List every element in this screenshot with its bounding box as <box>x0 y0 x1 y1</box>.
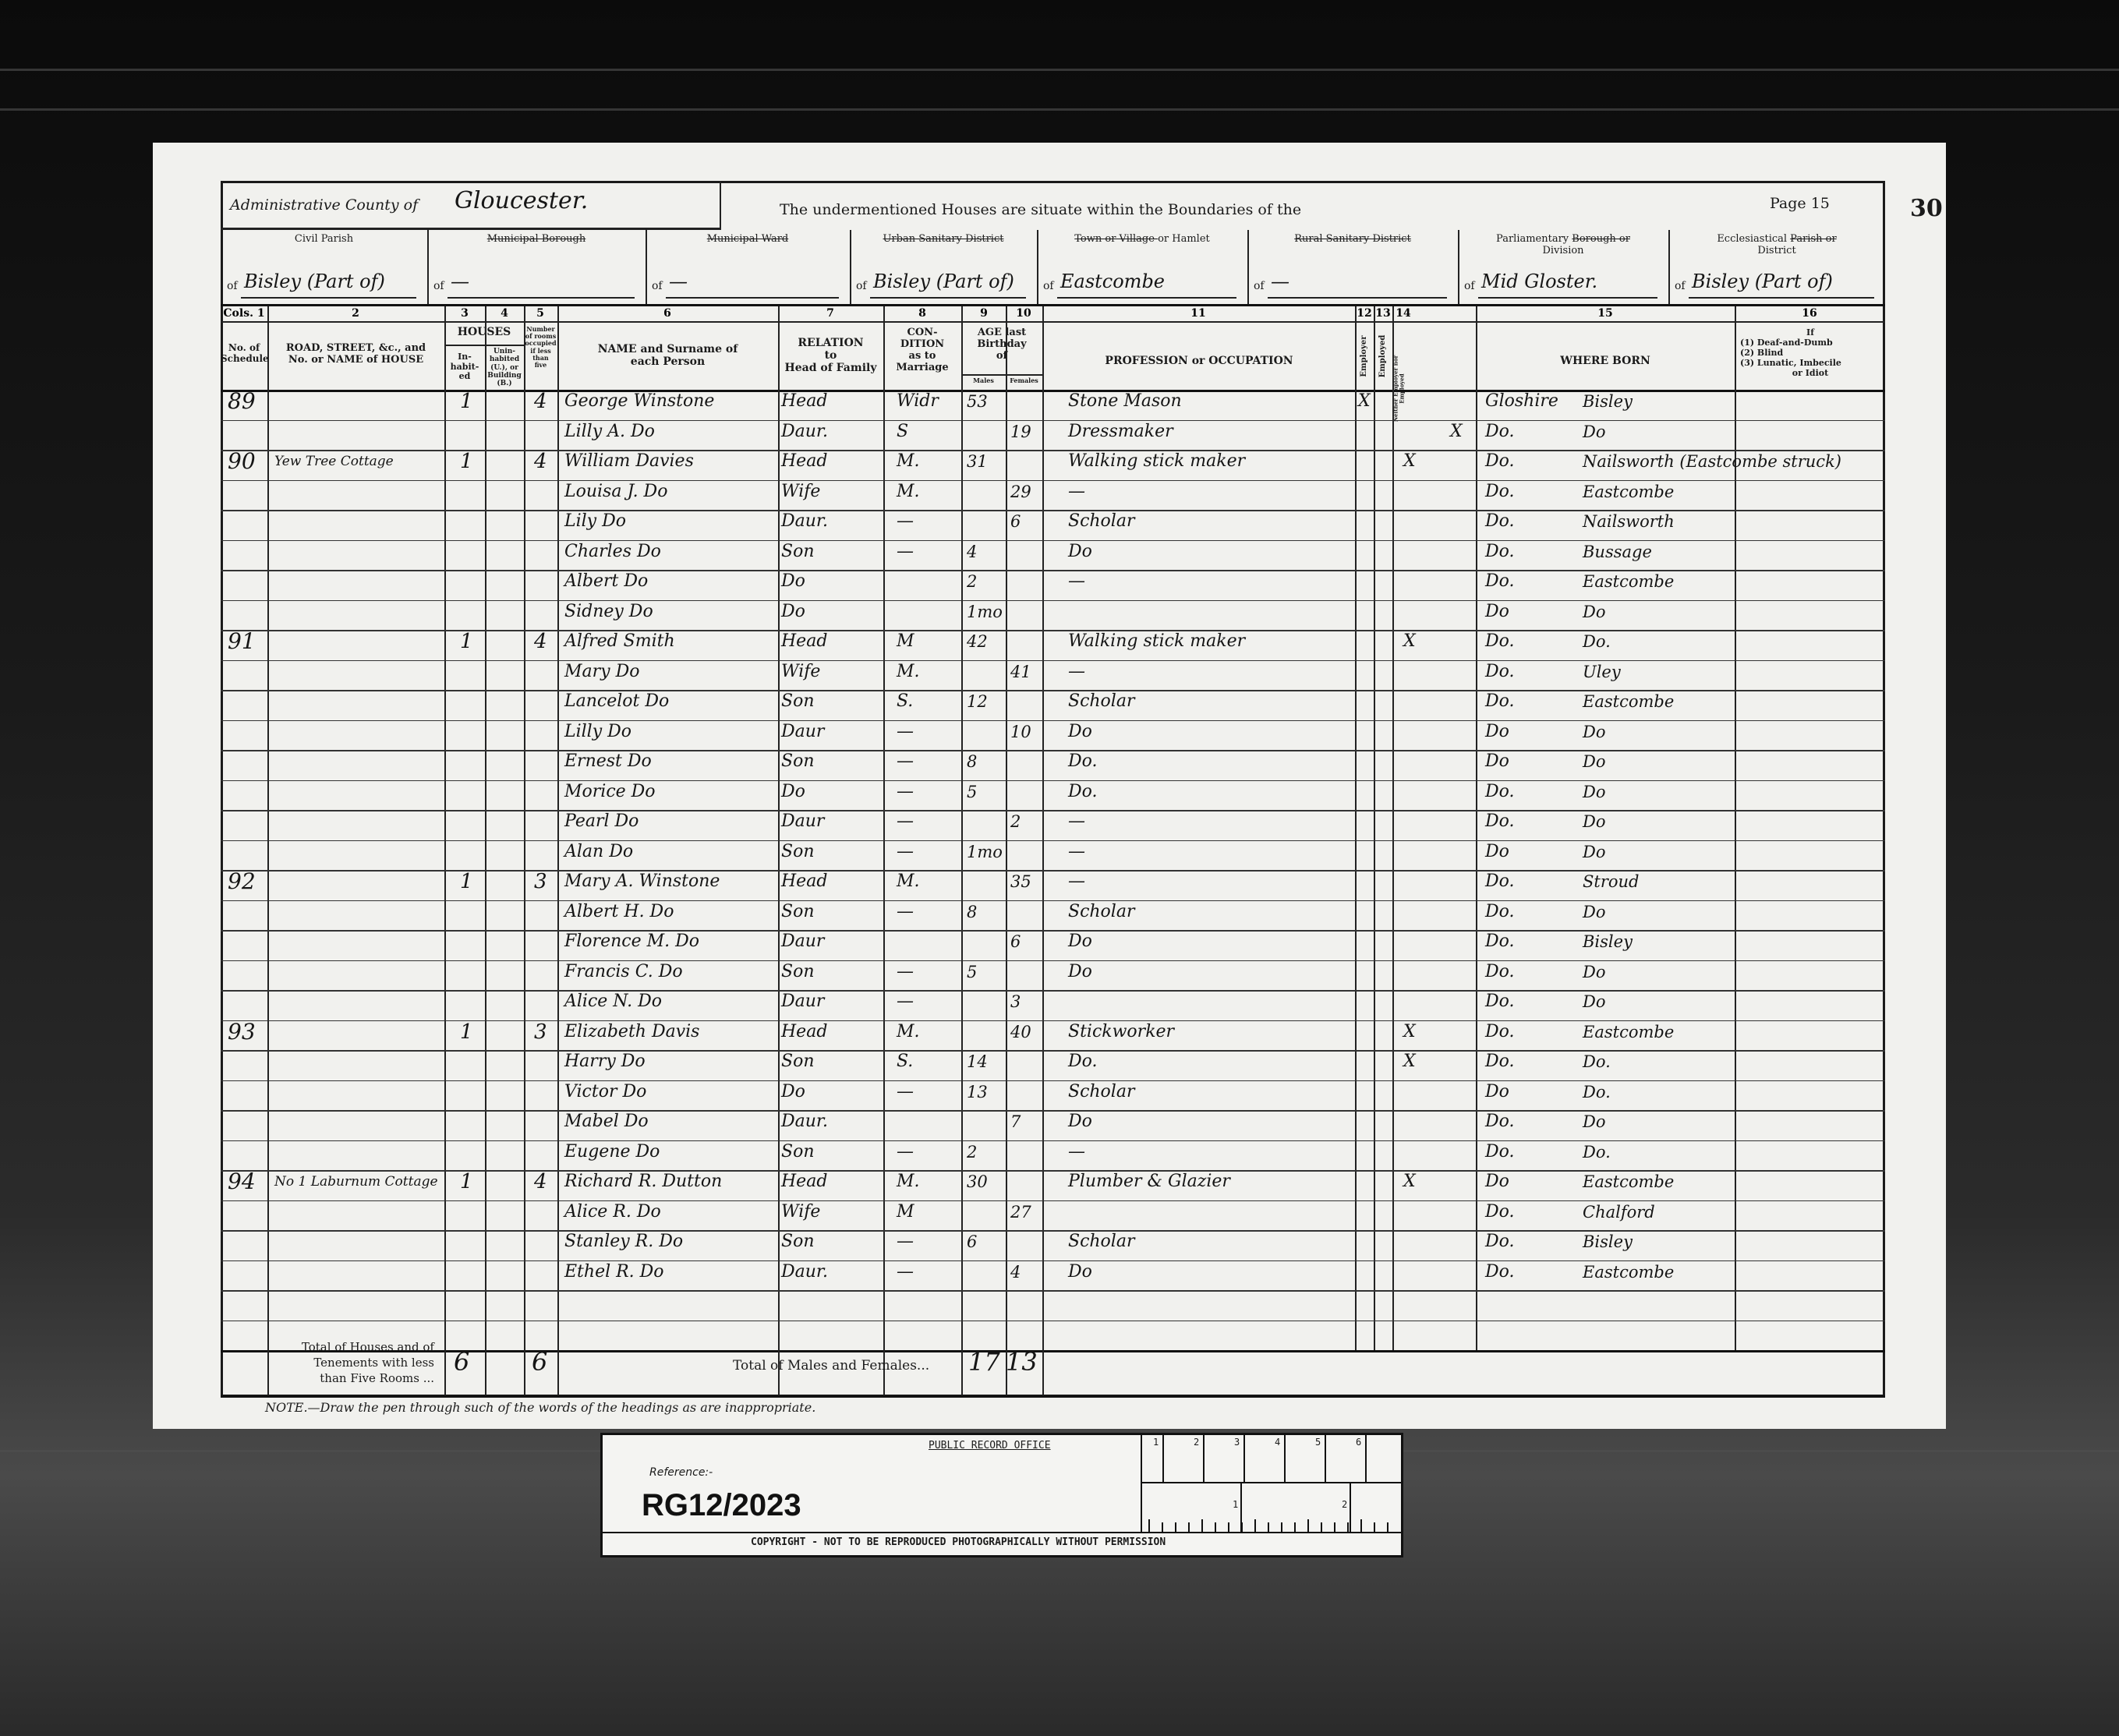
background-streak <box>0 69 2119 71</box>
district-heading-struck: Borough or <box>1572 233 1630 245</box>
male-age: 13 <box>967 1077 988 1107</box>
column-number: 6 <box>636 307 699 320</box>
header-relation-line: Head of Family <box>778 362 883 374</box>
header-c13: Employed <box>1374 322 1392 391</box>
district-box: Civil ParishofBisley (Part of) <box>221 230 427 304</box>
table-row: 8914George WinstoneHeadWidr53Stone Mason… <box>221 390 1885 420</box>
district-value: Bisley (Part of) <box>1692 270 1833 292</box>
male-age: 30 <box>967 1167 988 1197</box>
born-county: Do. <box>1485 1047 1515 1077</box>
header-c12: Employer <box>1355 322 1374 391</box>
born-place: Bisley <box>1583 927 1633 956</box>
ruler-label: 2 <box>1342 1499 1347 1510</box>
table-row: Eugene DoSon—2—Do.Do. <box>221 1140 1885 1171</box>
table-row: Alice R. DoWifeM27Do.Chalford <box>221 1200 1885 1231</box>
ruler-label: 1 <box>1233 1499 1238 1510</box>
born-place: Do <box>1583 807 1605 836</box>
occupation: Stone Mason <box>1068 387 1182 416</box>
column-number: 2 <box>324 307 387 320</box>
header-males: Males <box>961 377 1006 384</box>
marital-condition: — <box>897 1227 914 1257</box>
houses-total-label: Total of Houses and of Tenements with le… <box>274 1339 434 1386</box>
occupation: Dressmaker <box>1068 417 1173 447</box>
header-houses: HOUSES <box>444 326 524 338</box>
rooms-count: 4 <box>534 447 547 476</box>
table-row: 90Yew Tree Cottage14William DaviesHeadM.… <box>221 450 1885 480</box>
marital-condition: — <box>897 1257 914 1287</box>
born-county: Do. <box>1485 1107 1515 1137</box>
relation: Wife <box>781 1197 820 1227</box>
occupation: — <box>1068 807 1085 836</box>
relation: Head <box>781 867 827 896</box>
table-row: Harry DoSonS.14Do.XDo.Do. <box>221 1050 1885 1080</box>
born-place: Eastcombe <box>1583 1257 1674 1287</box>
copyright-notice: COPYRIGHT - NOT TO BE REPRODUCED PHOTOGR… <box>751 1536 1166 1548</box>
relation: Daur <box>781 987 824 1016</box>
marital-condition: — <box>897 777 914 807</box>
header-uninhabited-line: (B.) <box>485 380 524 387</box>
occupation: — <box>1068 477 1085 507</box>
header-schedule: No. ofSchedule <box>221 343 267 365</box>
inhabited-count: 1 <box>460 447 473 476</box>
born-place: Eastcombe <box>1583 477 1674 507</box>
ruler-tick-minor <box>1228 1522 1229 1532</box>
female-age: 7 <box>1010 1107 1021 1137</box>
table-row: Florence M. DoDaur6DoDo.Bisley <box>221 930 1885 960</box>
male-age: 5 <box>967 957 977 987</box>
district-box: Urban Sanitary DistrictofBisley (Part of… <box>850 230 1037 304</box>
ruler-tick-major <box>1162 1435 1164 1482</box>
table-row: Lily DoDaur.—6ScholarDo.Nailsworth <box>221 510 1885 540</box>
header-where-born: WHERE BORN <box>1476 355 1735 367</box>
relation: Son <box>781 837 815 867</box>
born-place: Do <box>1583 417 1605 447</box>
ruler-tick-major <box>1325 1435 1326 1482</box>
district-of-prefix: of <box>433 280 444 292</box>
schedule-number: 91 <box>228 627 256 656</box>
marital-condition: S. <box>897 687 913 716</box>
employed-mark: X <box>1403 1017 1416 1047</box>
relation: Son <box>781 687 815 716</box>
ruler-label: 6 <box>1356 1437 1361 1448</box>
houses-total-label-line: than Five Rooms ... <box>274 1370 434 1386</box>
born-county: Do <box>1485 747 1509 776</box>
born-place: Eastcombe <box>1583 1167 1674 1197</box>
born-place: Stroud <box>1583 867 1639 896</box>
header-rooms: Numberof roomsoccupiedif lessthanfive <box>524 326 557 369</box>
born-place: Do <box>1583 1107 1605 1137</box>
male-age: 8 <box>967 897 977 927</box>
header-age-line: Birthday <box>961 339 1042 351</box>
rooms-count: 4 <box>534 1167 547 1197</box>
born-county: Do. <box>1485 687 1515 716</box>
marital-condition: — <box>897 507 914 536</box>
person-name: Albert H. Do <box>564 897 674 927</box>
females-total: 13 <box>1006 1347 1038 1377</box>
female-age: 4 <box>1010 1257 1021 1287</box>
folio-number: 30 <box>1910 195 1943 222</box>
person-name: Francis C. Do <box>564 957 683 987</box>
header-address-line: ROAD, STREET, &c., and <box>267 343 444 355</box>
rooms-count: 3 <box>534 1017 547 1047</box>
measurement-ruler: 12345612 <box>1142 1435 1401 1532</box>
district-heading: Municipal Ward <box>646 233 850 245</box>
relation: Wife <box>781 657 820 687</box>
relation: Son <box>781 1047 815 1077</box>
born-county: Do. <box>1485 507 1515 536</box>
table-row: Lilly A. DoDaur.S19DressmakerXDo.Do <box>221 420 1885 451</box>
person-name: Eugene Do <box>564 1137 660 1167</box>
born-place: Bisley <box>1583 1227 1633 1257</box>
table-row: Victor DoDo—13ScholarDoDo. <box>221 1080 1885 1111</box>
column-number: 10 <box>992 307 1055 320</box>
male-age: 6 <box>967 1227 977 1257</box>
occupation: — <box>1068 1137 1085 1167</box>
marital-condition: S <box>897 417 908 447</box>
district-underline <box>1478 297 1657 299</box>
schedule-number: 94 <box>228 1167 256 1197</box>
header-inhabited-line: In- <box>444 352 485 362</box>
table-row: Charles DoSon—4DoDo.Bussage <box>221 540 1885 571</box>
born-place: Do <box>1583 717 1605 747</box>
born-county: Gloshire <box>1485 387 1558 416</box>
ruler-tick-minor <box>1281 1522 1282 1532</box>
born-place: Bussage <box>1583 537 1652 567</box>
houses-total: 6 <box>454 1347 469 1377</box>
table-row: Ernest DoSon—8Do.DoDo <box>221 750 1885 780</box>
person-name: Alice N. Do <box>564 987 662 1016</box>
district-heading: Municipal Borough <box>427 233 646 245</box>
background-streak <box>0 108 2119 111</box>
born-place: Do <box>1583 957 1605 987</box>
ruler-tick-minor <box>1321 1522 1322 1532</box>
header-infirmity-line: If <box>1740 327 1880 338</box>
inhabited-count: 1 <box>460 867 473 896</box>
inhabited-count: 1 <box>460 387 473 416</box>
marital-condition: — <box>897 537 914 567</box>
relation: Head <box>781 1167 827 1197</box>
relation: Son <box>781 537 815 567</box>
marital-condition: M. <box>897 657 920 687</box>
header-name: NAME and Surname ofeach Person <box>557 343 778 368</box>
table-row: Francis C. DoSon—5DoDo.Do <box>221 960 1885 991</box>
born-county: Do <box>1485 837 1509 867</box>
born-place: Bisley <box>1583 387 1633 416</box>
header-age: AGE lastBirthdayof <box>961 327 1042 362</box>
district-of-prefix: of <box>652 280 663 292</box>
female-age: 6 <box>1010 927 1021 956</box>
marital-condition: M <box>897 627 914 656</box>
column-number: 14 <box>1372 307 1434 320</box>
inhabited-count: 1 <box>460 1017 473 1047</box>
born-county: Do. <box>1485 417 1515 447</box>
admin-county-label: Administrative County of <box>230 196 418 214</box>
marital-condition: — <box>897 807 914 836</box>
female-age: 2 <box>1010 807 1021 836</box>
header-rooms-line: five <box>524 362 557 369</box>
male-age: 31 <box>967 447 988 476</box>
column-number: 15 <box>1574 307 1636 320</box>
person-name: George Winstone <box>564 387 714 416</box>
occupation: — <box>1068 867 1085 896</box>
table-row: 9313Elizabeth DavisHeadM.40StickworkerXD… <box>221 1020 1885 1051</box>
district-heading-text: Rural Sanitary District <box>1294 233 1411 245</box>
employed-mark: X <box>1403 1167 1416 1197</box>
occupation: Scholar <box>1068 687 1134 716</box>
admin-county-box: Administrative County of Gloucester. <box>221 181 721 230</box>
person-name: Morice Do <box>564 777 656 807</box>
table-bottom-border <box>221 1350 1885 1352</box>
ruler-label: 4 <box>1275 1437 1280 1448</box>
marital-condition: M. <box>897 447 920 476</box>
male-age: 2 <box>967 1137 977 1167</box>
born-county: Do <box>1485 717 1509 747</box>
column-number-divider <box>221 321 1885 323</box>
occupation: Do <box>1068 927 1092 956</box>
marital-condition: M. <box>897 867 920 896</box>
district-value: Bisley (Part of) <box>244 270 385 292</box>
born-county: Do. <box>1485 1197 1515 1227</box>
occupation: Plumber & Glazier <box>1068 1167 1230 1197</box>
ruler-tick-minor <box>1201 1519 1203 1532</box>
header-inhabited-line: ed <box>444 372 485 382</box>
born-place: Do <box>1583 837 1605 867</box>
header-uninhabited-line: habited <box>485 355 524 363</box>
born-county: Do <box>1485 597 1509 627</box>
header-uninhabited: Unin-habited(U.), orBuilding(B.) <box>485 348 524 388</box>
born-county: Do. <box>1485 777 1515 807</box>
occupation: Stickworker <box>1068 1017 1174 1047</box>
schedule-number: 90 <box>228 447 256 476</box>
ruler-divider <box>1142 1482 1401 1483</box>
born-place: Do <box>1583 777 1605 807</box>
reference-code: RG12/2023 <box>642 1488 801 1523</box>
table-row: Louisa J. DoWifeM.29—Do.Eastcombe <box>221 480 1885 511</box>
district-of-prefix: of <box>1675 280 1686 292</box>
relation: Wife <box>781 477 820 507</box>
district-of-prefix: of <box>856 280 867 292</box>
person-name: Mary Do <box>564 657 639 687</box>
employed-mark: X <box>1403 627 1416 656</box>
header-name-line: NAME and Surname of <box>557 343 778 355</box>
district-value: Mid Gloster. <box>1481 270 1597 292</box>
header-condition-line: as to <box>883 351 961 362</box>
relation: Head <box>781 1017 827 1047</box>
born-county: Do <box>1485 1077 1509 1107</box>
district-underline <box>448 297 635 299</box>
born-county: Do. <box>1485 1257 1515 1287</box>
header-relation-line: to <box>778 349 883 362</box>
ruler-tick-inch <box>1350 1483 1351 1532</box>
female-age: 19 <box>1010 417 1031 447</box>
admin-county-value: Gloucester. <box>455 187 588 214</box>
district-bottom-border <box>221 304 1885 306</box>
header-infirmity: If(1) Deaf-and-Dumb(2) Blind(3) Lunatic,… <box>1740 327 1880 378</box>
occupation: — <box>1068 567 1085 596</box>
occupation: Do <box>1068 537 1092 567</box>
relation: Daur. <box>781 1107 828 1137</box>
district-box: Ecclesiastical Parish or DistrictofBisle… <box>1668 230 1885 304</box>
ruler-tick-major <box>1284 1435 1286 1482</box>
header-name-line: each Person <box>557 355 778 368</box>
column-number: 11 <box>1167 307 1229 320</box>
occupation: Scholar <box>1068 507 1134 536</box>
schedule-number: 92 <box>228 867 256 896</box>
born-place: Do <box>1583 987 1605 1016</box>
table-row: Alice N. DoDaur—3Do.Do <box>221 990 1885 1020</box>
occupation: Do. <box>1068 777 1098 807</box>
born-county: Do. <box>1485 1017 1515 1047</box>
person-name: Mabel Do <box>564 1107 649 1137</box>
table-row: 94No 1 Laburnum Cottage14Richard R. Dutt… <box>221 1170 1885 1200</box>
born-place: Do. <box>1583 627 1611 656</box>
relation: Son <box>781 1137 815 1167</box>
table-row: Alan DoSon—1mo—DoDo <box>221 840 1885 871</box>
person-name: Louisa J. Do <box>564 477 667 507</box>
office-label: PUBLIC RECORD OFFICE <box>929 1440 1051 1451</box>
persons-total-label: Total of Males and Females... <box>733 1358 929 1374</box>
district-box: Municipal Wardof— <box>646 230 850 304</box>
district-heading: Civil Parish <box>221 233 427 245</box>
column-number: 7 <box>799 307 861 320</box>
table-row: Morice DoDo—5Do.Do.Do <box>221 780 1885 811</box>
born-place: Do <box>1583 897 1605 927</box>
born-place: Eastcombe <box>1583 1017 1674 1047</box>
card-divider <box>603 1532 1401 1533</box>
occupation: Scholar <box>1068 897 1134 927</box>
born-county: Do. <box>1485 567 1515 596</box>
person-name: Lilly A. Do <box>564 417 655 447</box>
born-county: Do. <box>1485 657 1515 687</box>
occupation: Do <box>1068 957 1092 987</box>
born-place: Do. <box>1583 1047 1611 1077</box>
header-uninhabited-line: Building <box>485 372 524 380</box>
header-uninhabited-line: (U.), or <box>485 364 524 372</box>
houses-total-label-line: Total of Houses and of <box>274 1339 434 1355</box>
female-age: 10 <box>1010 717 1031 747</box>
relation: Head <box>781 447 827 476</box>
relation: Head <box>781 387 827 416</box>
ruler-tick-minor <box>1374 1522 1375 1532</box>
header-infirmity-line: (3) Lunatic, Imbecile <box>1740 358 1880 368</box>
ruler-label: 2 <box>1194 1437 1199 1448</box>
header-relation: RELATIONtoHead of Family <box>778 337 883 374</box>
male-age: 1mo <box>967 597 1003 627</box>
schedule-number: 89 <box>228 387 256 416</box>
ruler-label: 5 <box>1315 1437 1321 1448</box>
ruler-label: 3 <box>1234 1437 1240 1448</box>
person-name: Lancelot Do <box>564 687 669 716</box>
born-county: Do. <box>1485 927 1515 956</box>
table-row <box>221 1321 1885 1351</box>
male-age: 14 <box>967 1047 988 1077</box>
person-name: Richard R. Dutton <box>564 1167 722 1197</box>
occupation: Do <box>1068 717 1092 747</box>
marital-condition: M. <box>897 1167 920 1197</box>
ruler-tick-minor <box>1294 1522 1296 1532</box>
born-county: Do. <box>1485 987 1515 1016</box>
header-age-line: of <box>961 351 1042 362</box>
male-age: 1mo <box>967 837 1003 867</box>
header-females: Females <box>1006 377 1042 384</box>
ruler-tick-minor <box>1175 1522 1176 1532</box>
header-inhabited: In-habit-ed <box>444 352 485 382</box>
born-place: Do <box>1583 747 1605 776</box>
district-heading: Parliamentary Borough or Division <box>1458 233 1668 256</box>
relation: Son <box>781 897 815 927</box>
totals-bottom-border <box>221 1395 1885 1398</box>
district-value: — <box>451 270 469 292</box>
male-age: 4 <box>967 537 977 567</box>
header-schedule-line: No. of <box>221 343 267 354</box>
person-name: Alan Do <box>564 837 633 867</box>
header-infirmity-line: (1) Deaf-and-Dumb <box>1740 338 1880 348</box>
district-heading: Ecclesiastical Parish or District <box>1668 233 1885 256</box>
table-row: Mabel DoDaur.7DoDo.Do <box>221 1110 1885 1140</box>
ruler-tick-minor <box>1268 1522 1269 1532</box>
house-address: No 1 Laburnum Cottage <box>274 1167 438 1197</box>
born-county: Do. <box>1485 447 1515 476</box>
person-name: Charles Do <box>564 537 661 567</box>
district-heading: Rural Sanitary District <box>1247 233 1458 245</box>
district-heading: Urban Sanitary District <box>850 233 1037 245</box>
ruler-tick-minor <box>1215 1522 1216 1532</box>
relation: Do <box>781 597 805 627</box>
relation: Do <box>781 567 805 596</box>
born-county: Do. <box>1485 1227 1515 1257</box>
born-place: Do <box>1583 597 1605 627</box>
ruler-tick-minor <box>1162 1522 1163 1532</box>
rooms-count: 4 <box>534 387 547 416</box>
occupation: — <box>1068 837 1085 867</box>
houses-divider <box>444 345 524 346</box>
relation: Daur. <box>781 1257 828 1287</box>
header-address-line: No. or NAME of HOUSE <box>267 355 444 366</box>
born-place: Eastcombe <box>1583 567 1674 596</box>
person-name: Albert Do <box>564 567 648 596</box>
person-name: Lilly Do <box>564 717 631 747</box>
district-heading-text: Civil Parish <box>295 233 353 245</box>
relation: Daur. <box>781 507 828 536</box>
district-underline <box>241 297 416 299</box>
born-county: Do. <box>1485 477 1515 507</box>
relation: Head <box>781 627 827 656</box>
relation: Daur <box>781 927 824 956</box>
ruler-tick-major <box>1365 1435 1367 1482</box>
born-county: Do <box>1485 1167 1509 1197</box>
ruler-tick-minor <box>1148 1519 1150 1532</box>
district-box: Rural Sanitary Districtof— <box>1247 230 1458 304</box>
header-condition-line: DITION <box>883 339 961 351</box>
male-age: 12 <box>967 687 988 716</box>
ruler-tick-minor <box>1307 1519 1309 1532</box>
district-value: — <box>1271 270 1289 292</box>
born-county: Do. <box>1485 897 1515 927</box>
header-relation-line: RELATION <box>778 337 883 349</box>
female-age: 40 <box>1010 1017 1031 1047</box>
column-number: 5 <box>509 307 571 320</box>
person-name: Sidney Do <box>564 597 653 627</box>
ruler-tick-minor <box>1188 1522 1190 1532</box>
occupation: Walking stick maker <box>1068 447 1245 476</box>
male-age: 8 <box>967 747 977 776</box>
column-number: Cols. 1 <box>213 307 275 320</box>
female-age: 3 <box>1010 987 1021 1016</box>
born-county: Do. <box>1485 957 1515 987</box>
occupation: — <box>1068 657 1085 687</box>
employed-mark: X <box>1403 447 1416 476</box>
table-row: Albert H. DoSon—8ScholarDo.Do <box>221 900 1885 931</box>
